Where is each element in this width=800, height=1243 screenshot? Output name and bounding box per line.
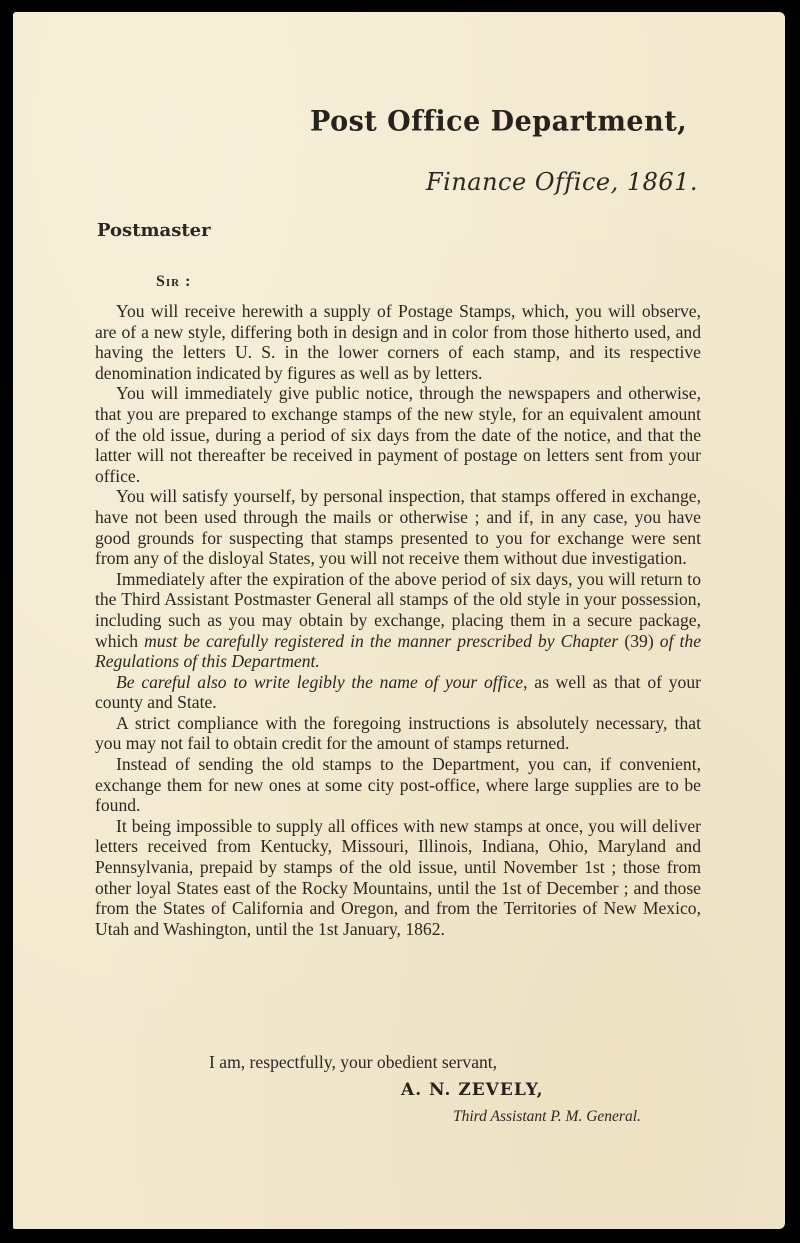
letterhead-title: Post Office Department, [310,105,687,138]
paragraph-write-legibly: Be careful also to write legibly the nam… [95,672,701,713]
letter-body: You will receive herewith a supply of Po… [95,301,701,939]
paragraph-return-stamps-italic: must be carefully registered in the mann… [144,631,618,651]
signer-title: Third Assistant P. M. General. [453,1108,641,1126]
closing-line: I am, respectfully, your obedient servan… [209,1052,497,1073]
paragraph-delivery-dates: It being impossible to supply all office… [95,816,701,940]
signer-name: A. N. ZEVELY, [401,1080,544,1100]
paragraph-return-stamps: Immediately after the expiration of the … [95,569,701,672]
salutation: Sir : [156,273,191,291]
paragraph-stamps-supply: You will receive herewith a supply of Po… [95,301,701,383]
paragraph-compliance: A strict compliance with the foregoing i… [95,713,701,754]
addressee: Postmaster [97,220,211,241]
letter-sheet: Post Office Department, Finance Office, … [13,12,785,1229]
paragraph-city-exchange: Instead of sending the old stamps to the… [95,754,701,816]
letterhead-subtitle: Finance Office, 1861. [426,168,698,196]
paragraph-inspection: You will satisfy yourself, by personal i… [95,486,701,568]
chapter-number: (39) [618,631,659,651]
paragraph-public-notice: You will immediately give public notice,… [95,383,701,486]
paragraph-write-legibly-italic: Be careful also to write legibly the nam… [116,672,523,692]
